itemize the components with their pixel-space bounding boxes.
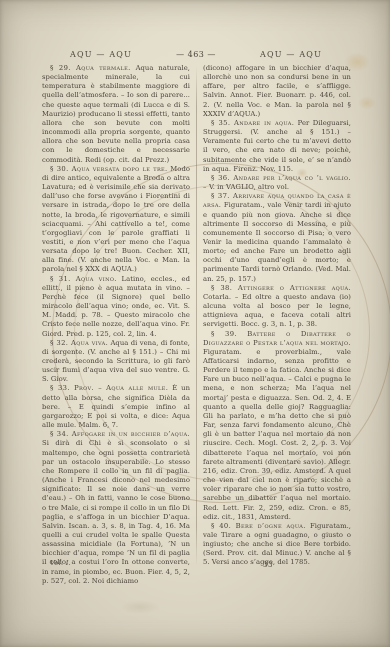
entry-heading: § 32. Aqua viva. — [50, 339, 108, 347]
entry-heading: § 34. Affogare in un bicchier d’aqua. — [50, 430, 190, 438]
entry-body: Latino, eccles., ed ellitt., il pieno è … — [42, 275, 190, 338]
entry-paragraph-continuation: (dicono) affogare in un bicchier d’aqua,… — [203, 64, 351, 119]
entry-paragraph: § 33. Prov. – Aqua alle mule. È un detto… — [42, 384, 190, 430]
entry-body: (dicono) affogare in un bicchier d’aqua,… — [203, 64, 351, 118]
entry-body: Figuratam., vale Venir tardi in ajuto e … — [203, 201, 351, 282]
entry-paragraph: § 30. Aqua versata dopo le tre. Modo di … — [42, 165, 190, 275]
entry-body: V. in VAGLIO, altro vol. — [209, 183, 289, 191]
header-left-guide: AQU — AQU — [42, 50, 160, 59]
entry-body: Modo di dire antico, equivalente a Broda… — [42, 165, 190, 274]
entry-body: Aqua naturale, specialmente minerale, la… — [42, 64, 190, 164]
entry-body: Cotarla. – Ed oltre a questo andava (io)… — [203, 293, 351, 328]
entry-heading: § 35. Andare in aqua. — [211, 119, 294, 127]
header-right-guide: AQU — AQU — [232, 50, 350, 59]
entry-heading: § 29. Aqua termale. — [50, 64, 131, 72]
age-spot — [358, 96, 376, 110]
entry-heading: § 39. Battere o Dibattere o Diguazzare o… — [203, 330, 351, 347]
entry-paragraph: § 39. Battere o Dibattere o Diguazzare o… — [203, 330, 351, 522]
entry-body: Per Dileguarsi, Struggersi. (V. anche al… — [203, 119, 351, 173]
entry-paragraph: § 31. Aqua vino. Latino, eccles., ed ell… — [42, 275, 190, 339]
left-column: § 29. Aqua termale. Aqua naturale, speci… — [42, 64, 190, 566]
entry-paragraph: § 35. Andare in aqua. Per Dileguarsi, St… — [203, 119, 351, 174]
entry-body: Figuratam. e proverbialm., vale Affatica… — [203, 348, 351, 521]
entry-paragraph: § 36. Andare per l’aqua co ’l vaglio. – … — [203, 174, 351, 192]
book-page-scan: AQU — AQU — 463 — AQU — AQU § 29. Aqua t… — [0, 0, 390, 647]
entry-paragraph: § 32. Aqua viva. Aqua di vena, di fonte,… — [42, 339, 190, 385]
entry-paragraph: § 40. Bere d’ogne aqua. Figuratam., vale… — [203, 522, 351, 568]
signature-number: 33 — [263, 561, 273, 569]
entry-paragraph: § 37. Arrivare aqua quando la casa è ars… — [203, 192, 351, 284]
running-header: AQU — AQU — 463 — AQU — AQU — [42, 50, 350, 59]
volume-label: Vol. I. — [50, 559, 71, 567]
age-spot — [120, 600, 160, 614]
page-number: — 463 — — [160, 50, 232, 59]
right-column: (dicono) affogare in un bicchier d’aqua,… — [203, 64, 351, 566]
text-columns: § 29. Aqua termale. Aqua naturale, speci… — [42, 64, 352, 566]
entry-heading: § 30. Aqua versata dopo le tre. — [50, 165, 168, 173]
entry-heading: § 40. Bere d’ogne aqua. — [211, 522, 306, 530]
entry-heading: § 38. Attingere o Attignere aqua. — [211, 284, 351, 292]
column-rule — [196, 66, 197, 566]
entry-paragraph: § 38. Attingere o Attignere aqua. Cotarl… — [203, 284, 351, 330]
entry-heading: § 33. Prov. – Aqua alle mule. — [50, 384, 168, 392]
entry-paragraph: § 29. Aqua termale. Aqua naturale, speci… — [42, 64, 190, 165]
entry-heading: § 31. Aqua vino. — [50, 275, 117, 283]
